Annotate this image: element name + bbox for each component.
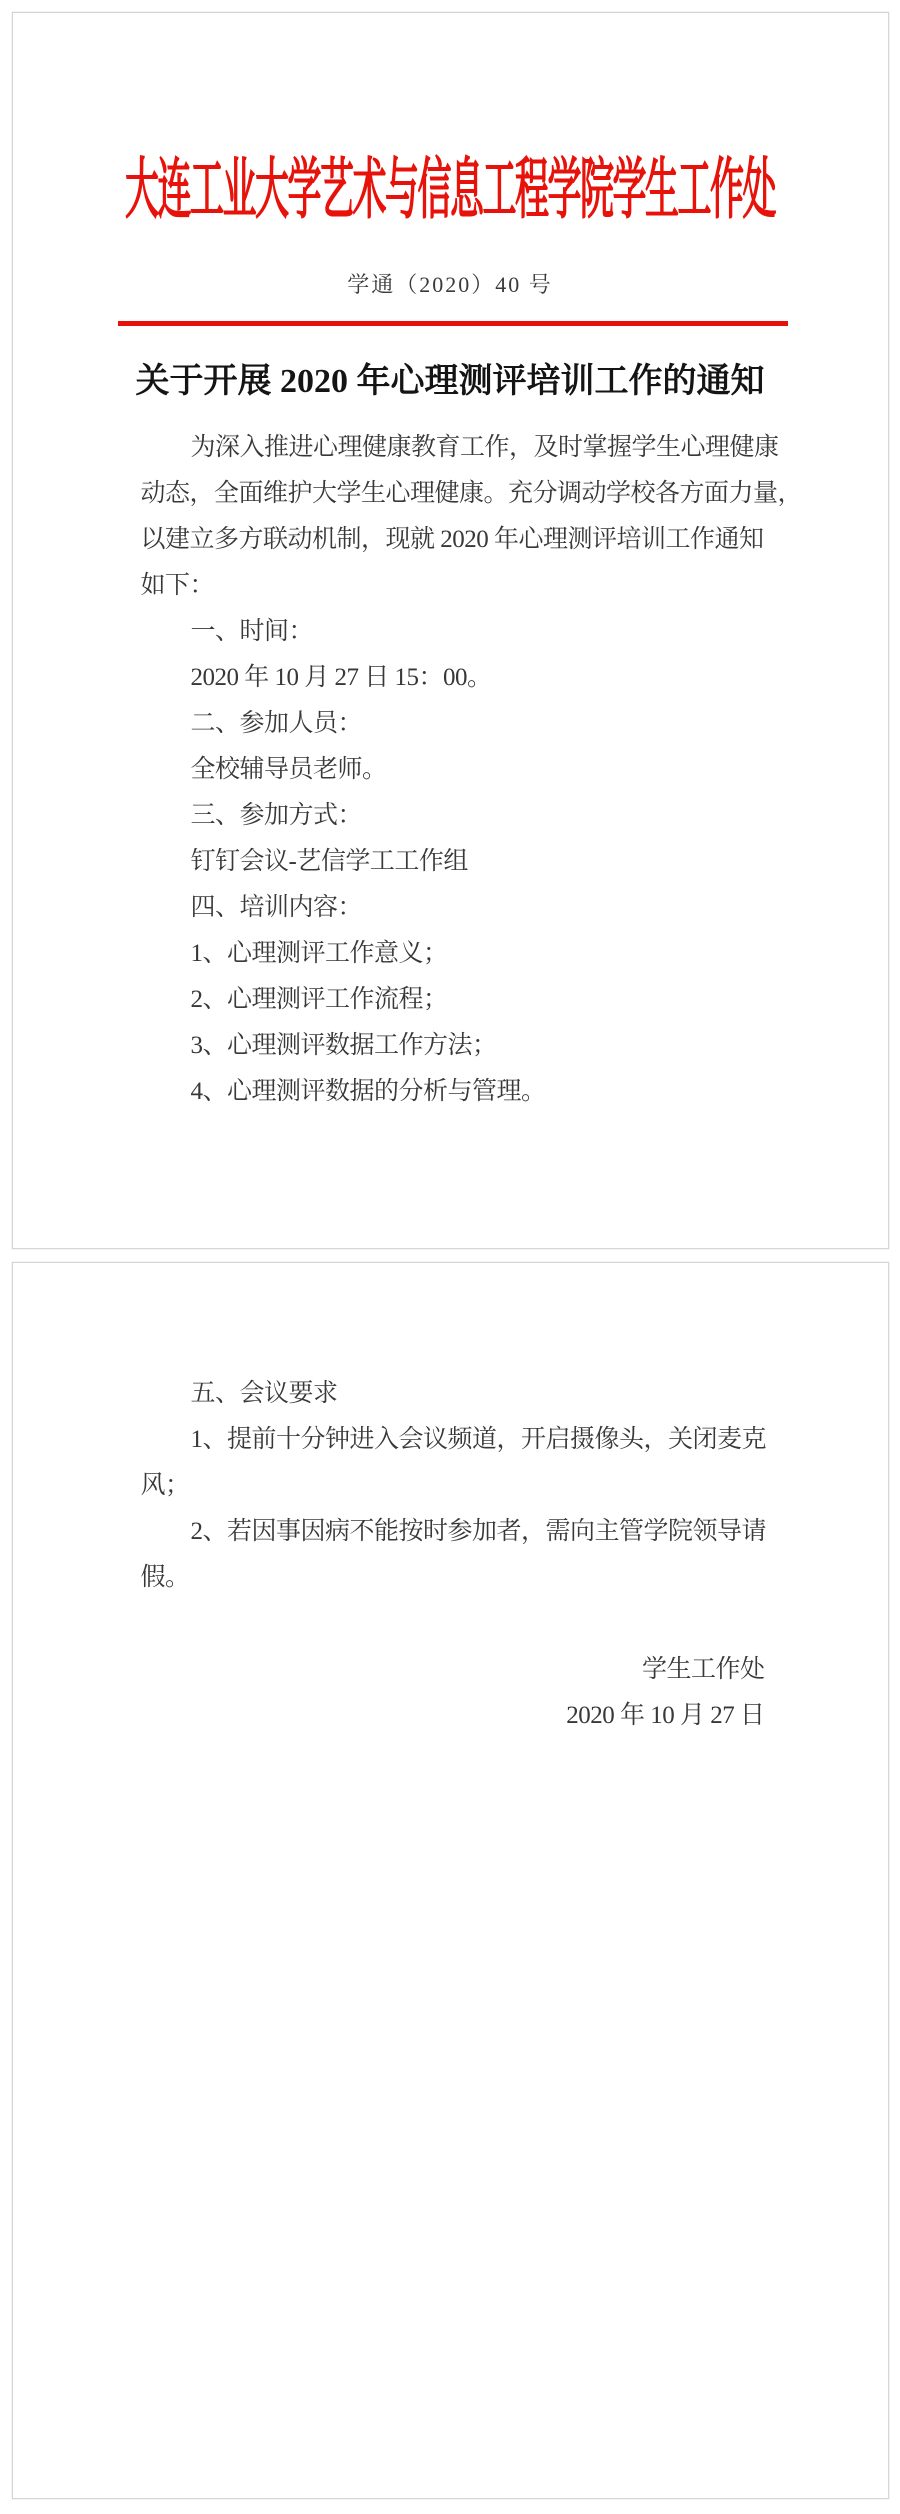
body-line: 2020 年 10 月 27 日 15：00。 [141, 655, 773, 701]
doc-number: 学通（2020）40 号 [13, 268, 888, 299]
signature-date: 2020 年 10 月 27 日 [141, 1693, 773, 1739]
body-line: 假。 [141, 1555, 773, 1601]
page2-body: 五、会议要求 1、提前十分钟进入会议频道，开启摄像头，关闭麦克 风； 2、若因事… [141, 1371, 773, 1739]
body-line: 2、心理测评工作流程； [141, 977, 773, 1023]
body-line: 1、提前十分钟进入会议频道，开启摄像头，关闭麦克 [141, 1417, 773, 1463]
body-line: 2、若因事因病不能按时参加者，需向主管学院领导请 [141, 1509, 773, 1555]
letterhead-title: 大连工业大学艺术与信息工程学院学生工作处 [125, 135, 775, 231]
document-page-1: 大连工业大学艺术与信息工程学院学生工作处 学通（2020）40 号 关于开展 2… [12, 12, 889, 1249]
blank-line [141, 1601, 773, 1647]
document-page-2: 五、会议要求 1、提前十分钟进入会议频道，开启摄像头，关闭麦克 风； 2、若因事… [12, 1262, 889, 2499]
body-line: 钉钉会议-艺信学工工作组 [141, 839, 773, 885]
letterhead-banner: 大连工业大学艺术与信息工程学院学生工作处 [13, 123, 888, 243]
section-heading-content: 四、培训内容： [141, 885, 773, 931]
body-line: 1、心理测评工作意义； [141, 931, 773, 977]
body-line: 如下： [141, 563, 773, 609]
body-line: 风； [141, 1463, 773, 1509]
notice-title: 关于开展 2020 年心理测评培训工作的通知 [13, 353, 888, 402]
section-heading-attendees: 二、参加人员： [141, 701, 773, 747]
body-line: 全校辅导员老师。 [141, 747, 773, 793]
signature: 学生工作处 [141, 1647, 773, 1693]
body-line: 为深入推进心理健康教育工作，及时掌握学生心理健康 [141, 425, 773, 471]
section-heading-method: 三、参加方式： [141, 793, 773, 839]
body-line: 以建立多方联动机制，现就 2020 年心理测评培训工作通知 [141, 517, 773, 563]
section-heading-requirements: 五、会议要求 [141, 1371, 773, 1417]
section-heading-time: 一、时间： [141, 609, 773, 655]
red-separator-rule [118, 321, 788, 326]
body-line: 动态，全面维护大学生心理健康。充分调动学校各方面力量， [141, 471, 773, 517]
body-line: 4、心理测评数据的分析与管理。 [141, 1069, 773, 1115]
page1-body: 为深入推进心理健康教育工作，及时掌握学生心理健康 动态，全面维护大学生心理健康。… [141, 425, 773, 1115]
body-line: 3、心理测评数据工作方法； [141, 1023, 773, 1069]
